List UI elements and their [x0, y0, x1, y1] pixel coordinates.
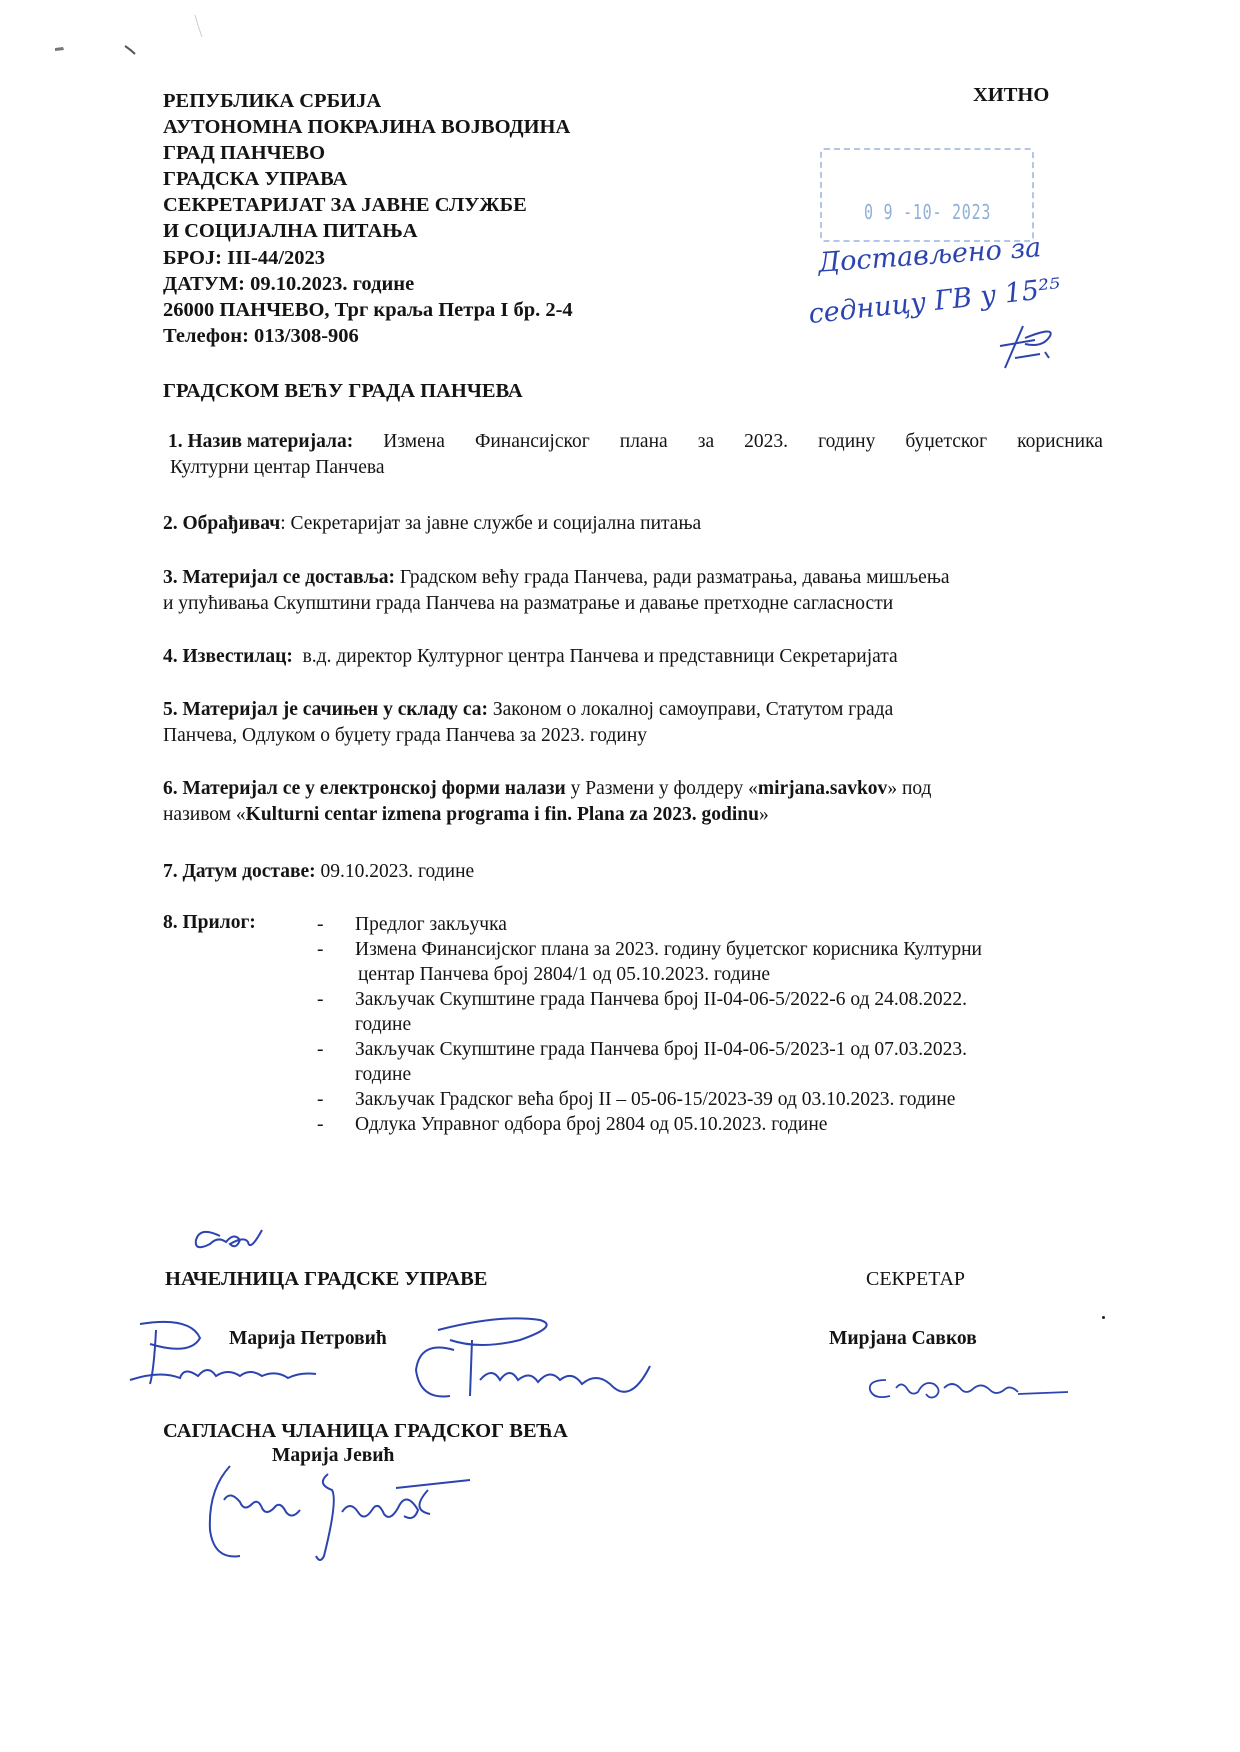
section-attachments-label: 8. Прилог: — [163, 912, 256, 934]
paraph-signature — [190, 1222, 280, 1272]
section-electronic-location: 6. Материјал се у електронској форми нал… — [163, 776, 1123, 828]
head-signature — [120, 1310, 680, 1420]
section-text-cont: и упућивања Скупштини града Панчева на р… — [163, 591, 1123, 617]
letterhead: РЕПУБЛИКА СРБИЈА АУТОНОМНА ПОКРАЈИНА ВОЈ… — [163, 88, 573, 349]
section-text: Културни центар Панчева — [168, 455, 1103, 481]
letterhead-province: АУТОНОМНА ПОКРАЈИНА ВОЈВОДИНА — [163, 114, 573, 140]
section-delivery-date: 7. Датум доставе: 09.10.2023. године — [163, 859, 474, 885]
letterhead-administration: ГРАДСКА УПРАВА — [163, 166, 573, 192]
document-number: БРОЈ: III-44/2023 — [163, 245, 573, 271]
section-label: 2. Обрађивач — [163, 513, 280, 534]
document-date: ДАТУМ: 09.10.2023. године — [163, 271, 573, 297]
receipt-stamp — [820, 148, 1034, 242]
section-text: в.д. директор Културног центра Панчева и… — [293, 646, 898, 667]
addressee: ГРАДСКОМ ВЕЋУ ГРАДА ПАНЧЕВА — [163, 380, 523, 403]
file-name: Kulturni centar izmena programa i fin. P… — [246, 804, 759, 825]
list-item: - Измена Финансијског плана за 2023. год… — [313, 937, 1113, 987]
folder-name: mirjana.savkov — [758, 778, 887, 799]
secretary-title: СЕКРЕТАР — [866, 1268, 965, 1291]
list-item: - Закључак Градског већа број II – 05-06… — [313, 1087, 1113, 1112]
section-label: 5. Материјал је сачињен у складу са: — [163, 699, 488, 720]
scan-dot — [1102, 1316, 1105, 1319]
section-label: 4. Известилац: — [163, 646, 293, 667]
section-text: Законом о локалној самоуправи, Статутом … — [488, 699, 893, 720]
section-label: 7. Датум доставе: — [163, 861, 316, 882]
stamp-date: 0 9 -10- 2023 — [864, 200, 991, 224]
letterhead-secretariat-cont: И СОЦИЈАЛНА ПИТАЊА — [163, 218, 573, 244]
section-text: Секретаријат за јавне службе и социјална… — [286, 513, 702, 534]
urgent-label: ХИТНО — [973, 84, 1049, 107]
council-member-signature — [200, 1460, 500, 1570]
letterhead-city: ГРАД ПАНЧЕВО — [163, 140, 573, 166]
attachments-list: - Предлог закључка - Измена Финансијског… — [313, 912, 1113, 1137]
section-text: Градском већу града Панчева, ради размат… — [395, 567, 950, 588]
handwritten-initials — [995, 318, 1065, 378]
section-submitted-to: 3. Материјал се доставља: Градском већу … — [163, 565, 1123, 617]
phone: Телефон: 013/308-906 — [163, 323, 573, 349]
list-item: - Одлука Управног одбора број 2804 од 05… — [313, 1112, 1113, 1137]
section-label: 3. Материјал се доставља: — [163, 567, 395, 588]
section-label: 1. Назив материјала: — [168, 429, 353, 455]
section-text: 09.10.2023. године — [316, 861, 475, 882]
section-text-cont: Панчева, Одлуком о буџету града Панчева … — [163, 723, 1123, 749]
address: 26000 ПАНЧЕВО, Трг краља Петра I бр. 2-4 — [163, 297, 573, 323]
head-title: НАЧЕЛНИЦА ГРАДСКЕ УПРАВЕ — [165, 1268, 488, 1291]
scan-artifacts — [40, 30, 200, 70]
council-member-title: САГЛАСНА ЧЛАНИЦА ГРАДСКОГ ВЕЋА — [163, 1420, 568, 1443]
section-rapporteur: 4. Известилац: в.д. директор Културног ц… — [163, 644, 898, 670]
letterhead-secretariat: СЕКРЕТАРИЈАТ ЗА ЈАВНЕ СЛУЖБЕ — [163, 192, 573, 218]
section-preparer: 2. Обрађивач: Секретаријат за јавне служ… — [163, 511, 701, 537]
letterhead-country: РЕПУБЛИКА СРБИЈА — [163, 88, 573, 114]
list-item: - Закључак Скупштине града Панчева број … — [313, 1037, 1113, 1087]
secretary-name: Мирјана Савков — [829, 1328, 977, 1350]
section-material-title: 1. Назив материјала: Измена Финансијског… — [168, 429, 1103, 481]
list-item: - Закључак Скупштине града Панчева број … — [313, 987, 1113, 1037]
section-label: 6. Материјал се у електронској форми нал… — [163, 778, 566, 799]
secretary-signature — [862, 1370, 1072, 1410]
list-item: - Предлог закључка — [313, 912, 1113, 937]
section-legal-basis: 5. Материјал је сачињен у складу са: Зак… — [163, 697, 1123, 749]
